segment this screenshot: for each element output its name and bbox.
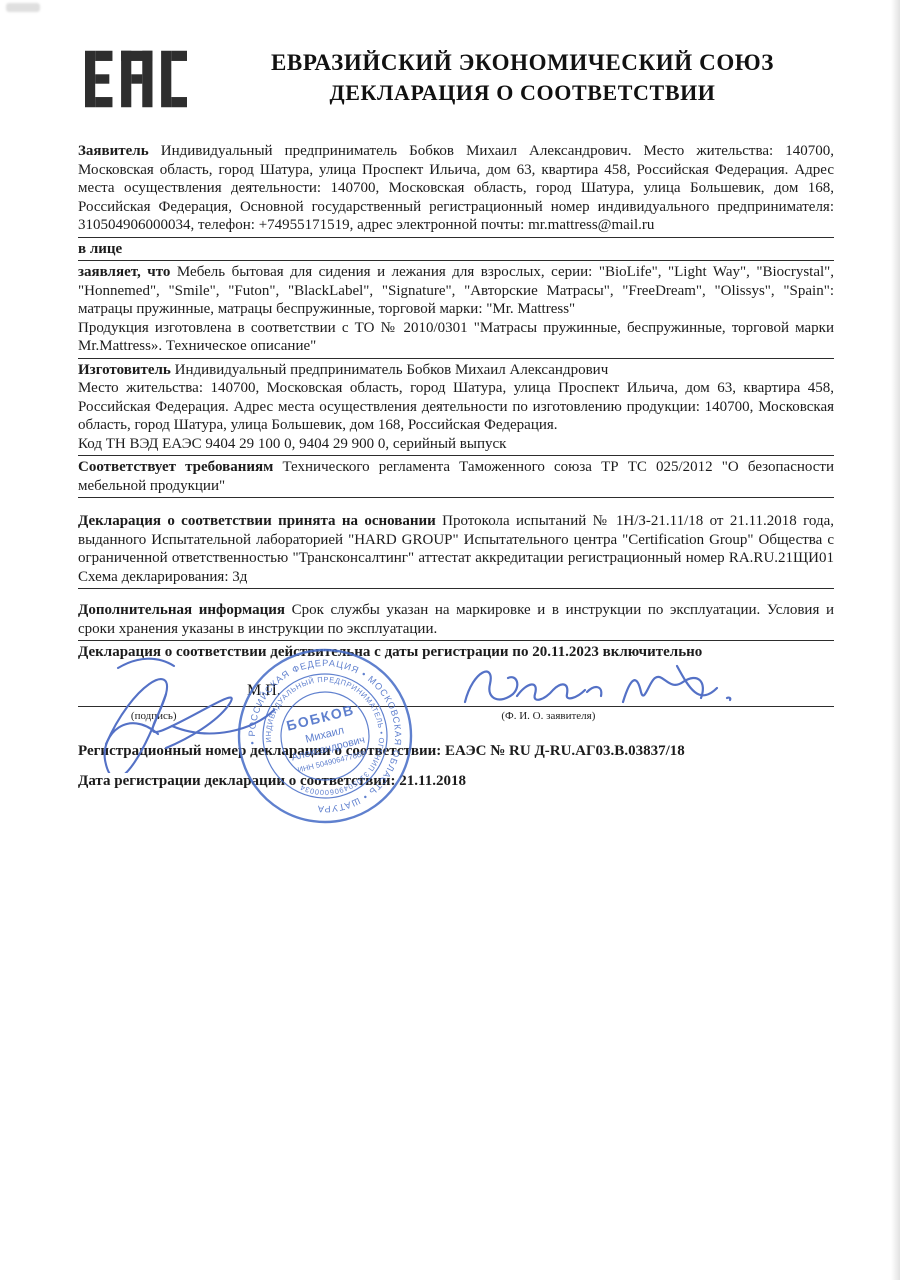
- title-line-2: ДЕКЛАРАЦИЯ О СООТВЕТСТВИИ: [205, 80, 840, 106]
- scan-edge-shadow: [891, 0, 900, 1280]
- applicant-section: Заявитель Индивидуальный предприниматель…: [78, 142, 834, 235]
- declares-text: Мебель бытовая для сидения и лежания для…: [78, 264, 834, 317]
- additional-info-section: Дополнительная информация Срок службы ук…: [78, 601, 834, 638]
- declaration-document: ЕВРАЗИЙСКИЙ ЭКОНОМИЧЕСКИЙ СОЮЗ ДЕКЛАРАЦИ…: [0, 0, 900, 1280]
- in-person-section: в лице: [78, 240, 834, 259]
- divider: [78, 358, 834, 359]
- manufacturer-label: Изготовитель: [78, 362, 171, 378]
- divider: [78, 588, 834, 589]
- validity-statement: Декларация о соответствии действительна …: [78, 643, 834, 662]
- scan-artifact: [6, 3, 40, 12]
- declares-section: заявляет, что Мебель бытовая для сидения…: [78, 263, 834, 319]
- document-body: Заявитель Индивидуальный предприниматель…: [78, 142, 834, 791]
- divider: [78, 455, 834, 456]
- declares-label: заявляет, что: [78, 264, 170, 280]
- registration-number: Регистрационный номер декларации о соотв…: [78, 742, 834, 761]
- name-caption: (Ф. И. О. заявителя): [501, 710, 595, 722]
- complies-label: Соответствует требованиям: [78, 459, 273, 475]
- divider: [78, 640, 834, 641]
- applicant-label: Заявитель: [78, 143, 149, 159]
- eac-logo-icon: [85, 42, 187, 116]
- divider: [78, 237, 834, 238]
- applicant-text: Индивидуальный предприниматель Бобков Ми…: [78, 143, 834, 233]
- divider: [78, 260, 834, 261]
- signature-line: [78, 706, 834, 707]
- in-person-label: в лице: [78, 241, 122, 257]
- basis-label: Декларация о соответствии принята на осн…: [78, 513, 436, 529]
- signature-caption: (подпись): [131, 710, 177, 722]
- manufacturer-name: Индивидуальный предприниматель Бобков Ми…: [175, 362, 609, 378]
- signature-area: (подпись) (Ф. И. О. заявителя): [78, 662, 834, 736]
- manufacturer-tnved: Код ТН ВЭД ЕАЭС 9404 29 100 0, 9404 29 9…: [78, 435, 834, 454]
- document-title: ЕВРАЗИЙСКИЙ ЭКОНОМИЧЕСКИЙ СОЮЗ ДЕКЛАРАЦИ…: [205, 50, 840, 106]
- registration-date: Дата регистрации декларации о соответств…: [78, 772, 834, 791]
- complies-section: Соответствует требованиям Технического р…: [78, 458, 834, 495]
- manufacturer-section: Изготовитель Индивидуальный предпринимат…: [78, 361, 834, 380]
- manufacturer-address: Место жительства: 140700, Московская обл…: [78, 379, 834, 435]
- declares-text2: Продукция изготовлена в соответствии с Т…: [78, 319, 834, 356]
- divider: [78, 497, 834, 498]
- eac-logo: [85, 42, 187, 116]
- title-line-1: ЕВРАЗИЙСКИЙ ЭКОНОМИЧЕСКИЙ СОЮЗ: [205, 50, 840, 76]
- basis-section: Декларация о соответствии принята на осн…: [78, 512, 834, 586]
- additional-info-label: Дополнительная информация: [78, 602, 285, 618]
